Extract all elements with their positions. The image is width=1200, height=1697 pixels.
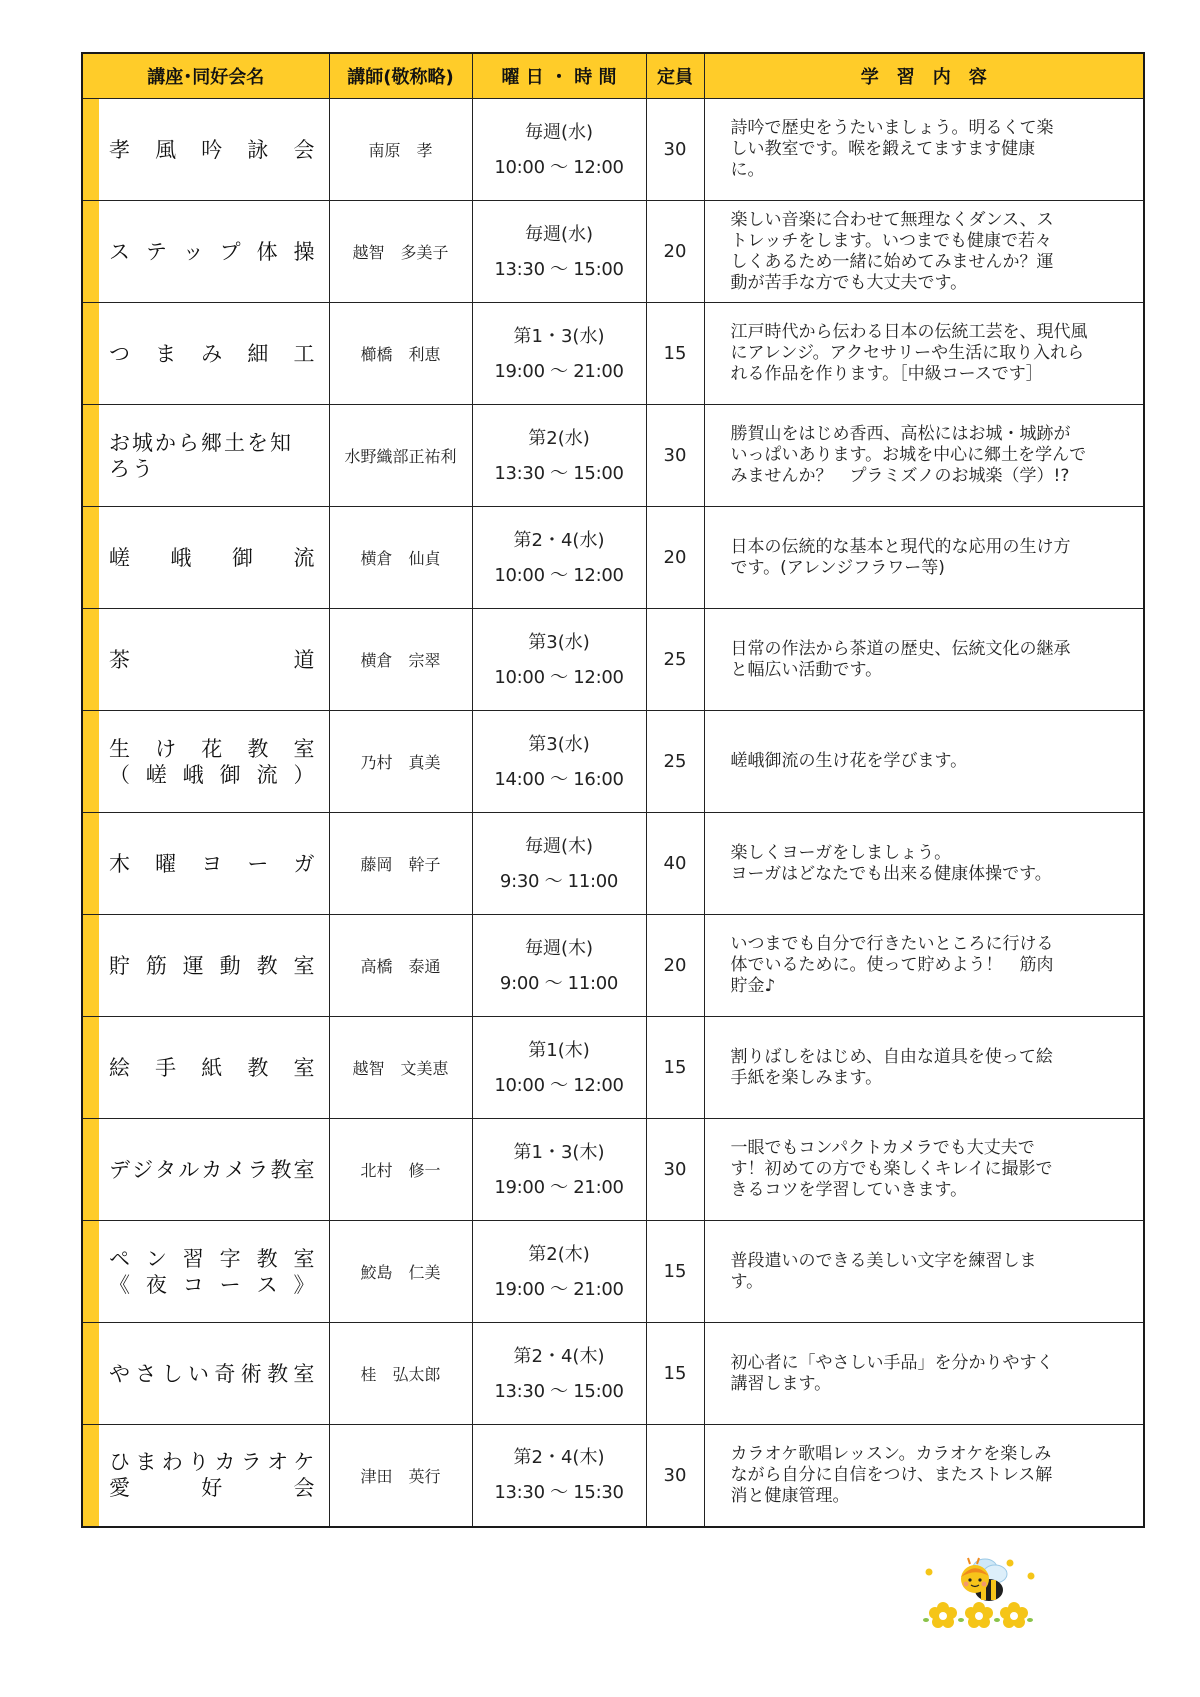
- course-name-char: 奇: [214, 1361, 235, 1387]
- table-row: 茶道横倉 宗翠第3(水)10:00 ～ 12:0025日常の作法から茶道の歴史、…: [82, 609, 1144, 711]
- row-accent-stripe: [83, 1119, 99, 1220]
- row-accent-stripe: [83, 405, 99, 506]
- schedule-cell: 第2(水)13:30 ～ 15:00: [472, 405, 646, 507]
- course-name-char: ）: [293, 762, 314, 788]
- schedule-days: 毎週(木): [473, 937, 646, 961]
- schedule-cell: 第1・3(木)19:00 ～ 21:00: [472, 1119, 646, 1221]
- course-name-cell: 絵手紙教室: [82, 1017, 329, 1119]
- schedule-days: 第3(水): [473, 733, 646, 757]
- content-cell: 楽しくヨーガをしましょう。 ヨーガはどなたでも出来る健康体操です。: [704, 813, 1144, 915]
- course-name-char: 吟: [201, 137, 222, 163]
- header-teacher: 講師(敬称略): [329, 53, 472, 99]
- schedule-days: 第2(水): [473, 427, 646, 451]
- row-accent-stripe: [83, 99, 99, 200]
- table-row: ひまわりカラオケ愛好会津田 英行第2・4(木)13:30 ～ 15:3030カラ…: [82, 1425, 1144, 1527]
- course-name-char: 室: [293, 1361, 314, 1387]
- teacher-cell: 北村 修一: [329, 1119, 472, 1221]
- course-name-char: 教: [270, 1157, 291, 1183]
- course-name-char: ペ: [109, 1246, 130, 1272]
- table-body: 孝風吟詠会南原 孝毎週(水)10:00 ～ 12:0030詩吟で歴史をうたいまし…: [82, 99, 1144, 1527]
- course-name-char: け: [155, 736, 176, 762]
- content-text: 初心者に「やさしい手品」を分かりやすく 講習します。: [731, 1353, 1124, 1395]
- course-name-char: 会: [294, 137, 315, 163]
- course-name-cell: やさしい奇術教室: [82, 1323, 329, 1425]
- content-text: いつまでも自分で行きたいところに行ける 体でいるために。使って貯めよう！ 筋肉 …: [731, 934, 1124, 997]
- course-name-char: 貯: [109, 953, 130, 979]
- course-name-line: 愛好会: [109, 1475, 315, 1501]
- course-name-char: ス: [109, 239, 130, 265]
- course-name-cell: デジタルカメラ教室: [82, 1119, 329, 1221]
- teacher-cell: 藤岡 幹子: [329, 813, 472, 915]
- course-name-char: ま: [155, 341, 176, 367]
- course-name-char: 絵: [109, 1055, 130, 1081]
- course-name-char: 操: [293, 239, 314, 265]
- table-row: 木曜ヨーガ藤岡 幹子毎週(木)9:30 ～ 11:0040楽しくヨーガをしましょ…: [82, 813, 1144, 915]
- content-text: 江戸時代から伝わる日本の伝統工芸を、現代風 にアレンジ。アクセサリーや生活に取り…: [731, 322, 1124, 385]
- course-name-char: つ: [109, 341, 130, 367]
- schedule-cell: 毎週(木)9:30 ～ 11:00: [472, 813, 646, 915]
- course-name-char: 御: [220, 762, 241, 788]
- course-name-char: テ: [146, 239, 167, 265]
- course-name-char: 教: [267, 1361, 288, 1387]
- row-accent-stripe: [83, 201, 99, 302]
- course-name-char: 細: [247, 341, 268, 367]
- course-name-line: 貯筋運動教室: [109, 953, 315, 979]
- course-name-char: 室: [294, 1055, 315, 1081]
- course-name-char: 字: [220, 1246, 241, 1272]
- content-cell: 初心者に「やさしい手品」を分かりやすく 講習します。: [704, 1323, 1144, 1425]
- capacity-cell: 30: [646, 1425, 704, 1527]
- course-name-char: み: [201, 341, 222, 367]
- schedule-days: 第2(木): [473, 1243, 646, 1267]
- course-name-char: 風: [155, 137, 176, 163]
- course-name-char: ケ: [293, 1449, 314, 1475]
- teacher-cell: 水野織部正祐利: [329, 405, 472, 507]
- table-row: ステップ体操越智 多美子毎週(水)13:30 ～ 15:0020楽しい音楽に合わ…: [82, 201, 1144, 303]
- content-text: 日本の伝統的な基本と現代的な応用の生け方 です。(アレンジフラワー等): [731, 537, 1124, 579]
- course-name-line: 生け花教室: [109, 736, 315, 762]
- schedule-days: 第2・4(木): [473, 1345, 646, 1369]
- schedule-time: 10:00 ～ 12:00: [473, 667, 646, 689]
- schedule-days: 毎週(水): [473, 223, 646, 247]
- course-name-char: 好: [201, 1475, 222, 1501]
- row-accent-stripe: [83, 1425, 99, 1526]
- content-cell: 割りばしをはじめ、自由な道具を使って絵 手紙を楽しみます。: [704, 1017, 1144, 1119]
- course-name-line: （嵯峨御流）: [109, 762, 315, 788]
- row-accent-stripe: [83, 1017, 99, 1118]
- schedule-time: 13:30 ～ 15:00: [473, 1381, 646, 1403]
- schedule-days: 毎週(水): [473, 121, 646, 145]
- content-cell: 嵯峨御流の生け花を学びます。: [704, 711, 1144, 813]
- course-name-char: 教: [257, 1246, 278, 1272]
- course-name-char: 室: [293, 1246, 314, 1272]
- table-row: 嵯峨御流横倉 仙貞第2・4(水)10:00 ～ 12:0020日本の伝統的な基本…: [82, 507, 1144, 609]
- header-course-name: 講座･同好会名: [82, 53, 329, 99]
- content-cell: 詩吟で歴史をうたいましょう。明るくて楽 しい教室です。喉を鍛えてますます健康 に…: [704, 99, 1144, 201]
- course-name-char: 手: [155, 1055, 176, 1081]
- course-name-char: 御: [232, 545, 253, 571]
- course-name-char: ヨ: [201, 851, 222, 877]
- schedule-cell: 第1・3(水)19:00 ～ 21:00: [472, 303, 646, 405]
- schedule-cell: 第2(木)19:00 ～ 21:00: [472, 1221, 646, 1323]
- table-row: つまみ細工櫛橋 利恵第1・3(水)19:00 ～ 21:0015江戸時代から伝わ…: [82, 303, 1144, 405]
- course-name-char: 工: [294, 341, 315, 367]
- schedule-time: 13:30 ～ 15:00: [473, 463, 646, 485]
- bee-with-flowers-icon: [915, 1550, 1035, 1632]
- content-text: 勝賀山をはじめ香西、高松にはお城・城跡が いっぱいあります。お城を中心に郷土を学…: [731, 424, 1124, 487]
- course-name-char: ル: [178, 1157, 199, 1183]
- course-name-cell: お城から郷土を知ろう: [82, 405, 329, 507]
- course-name-char: カ: [214, 1449, 235, 1475]
- schedule-time: 13:30 ～ 15:30: [473, 1482, 646, 1504]
- capacity-cell: 20: [646, 201, 704, 303]
- course-name-char: 運: [183, 953, 204, 979]
- schedule-time: 19:00 ～ 21:00: [473, 1279, 646, 1301]
- course-name-char: ガ: [294, 851, 315, 877]
- capacity-cell: 30: [646, 1119, 704, 1221]
- table-row: やさしい奇術教室桂 弘太郎第2・4(木)13:30 ～ 15:0015初心者に「…: [82, 1323, 1144, 1425]
- schedule-time: 10:00 ～ 12:00: [473, 1075, 646, 1097]
- teacher-cell: 桂 弘太郎: [329, 1323, 472, 1425]
- table-row: 孝風吟詠会南原 孝毎週(水)10:00 ～ 12:0030詩吟で歴史をうたいまし…: [82, 99, 1144, 201]
- course-name-cell: 茶道: [82, 609, 329, 711]
- content-cell: 日常の作法から茶道の歴史、伝統文化の継承 と幅広い活動です。: [704, 609, 1144, 711]
- course-name-char: 《: [109, 1272, 130, 1298]
- schedule-cell: 毎週(木)9:00 ～ 11:00: [472, 915, 646, 1017]
- schedule-days: 第1(木): [473, 1039, 646, 1063]
- course-name-line: 絵手紙教室: [109, 1055, 315, 1081]
- course-table: 講座･同好会名 講師(敬称略) 曜 日 ・ 時 間 定員 学 習 内 容 孝風吟…: [81, 52, 1145, 1528]
- row-accent-stripe: [83, 915, 99, 1016]
- course-name-char: タ: [155, 1157, 176, 1183]
- course-name-line: お城から郷土を知ろう: [109, 430, 315, 482]
- schedule-time: 19:00 ～ 21:00: [473, 1177, 646, 1199]
- content-cell: 一眼でもコンパクトカメラでも大丈夫で す！初めての方でも楽しくキレイに撮影で き…: [704, 1119, 1144, 1221]
- content-cell: 日本の伝統的な基本と現代的な応用の生け方 です。(アレンジフラワー等): [704, 507, 1144, 609]
- course-name-char: 室: [294, 736, 315, 762]
- teacher-cell: 乃村 真美: [329, 711, 472, 813]
- course-name-char: ラ: [247, 1157, 268, 1183]
- capacity-cell: 25: [646, 711, 704, 813]
- schedule-cell: 第2・4(水)10:00 ～ 12:00: [472, 507, 646, 609]
- course-name-char: 嵯: [109, 545, 130, 571]
- course-name-char: さ: [135, 1361, 156, 1387]
- course-name-cell: ペン習字教室《夜コース》: [82, 1221, 329, 1323]
- course-name-char: 教: [257, 953, 278, 979]
- course-name-char: 流: [294, 545, 315, 571]
- course-name-char: り: [188, 1449, 209, 1475]
- content-cell: 楽しい音楽に合わせて無理なくダンス、ス トレッチをします。いつまでも健康で若々 …: [704, 201, 1144, 303]
- course-name-char: 茶: [109, 647, 130, 673]
- course-name-char: 峨: [183, 762, 204, 788]
- course-name-char: 花: [201, 736, 222, 762]
- capacity-cell: 15: [646, 1017, 704, 1119]
- course-schedule-sheet: 講座･同好会名 講師(敬称略) 曜 日 ・ 時 間 定員 学 習 内 容 孝風吟…: [81, 52, 1143, 1528]
- course-name-char: 室: [294, 1157, 315, 1183]
- course-name-char: 詠: [247, 137, 268, 163]
- teacher-cell: 越智 多美子: [329, 201, 472, 303]
- course-name-char: ジ: [132, 1157, 153, 1183]
- teacher-cell: 横倉 宗翠: [329, 609, 472, 711]
- schedule-days: 毎週(木): [473, 835, 646, 859]
- row-accent-stripe: [83, 1221, 99, 1322]
- content-text: 楽しくヨーガをしましょう。 ヨーガはどなたでも出来る健康体操です。: [731, 843, 1124, 885]
- schedule-days: 第1・3(水): [473, 325, 646, 349]
- teacher-cell: 高橋 泰通: [329, 915, 472, 1017]
- course-name-char: お城から郷土を知ろう: [109, 430, 315, 482]
- course-name-cell: 木曜ヨーガ: [82, 813, 329, 915]
- course-name-char: や: [109, 1361, 130, 1387]
- course-name-cell: つまみ細工: [82, 303, 329, 405]
- course-name-char: 教: [247, 736, 268, 762]
- schedule-cell: 毎週(水)13:30 ～ 15:00: [472, 201, 646, 303]
- schedule-days: 第1・3(木): [473, 1141, 646, 1165]
- course-name-char: 動: [220, 953, 241, 979]
- course-name-char: 習: [183, 1246, 204, 1272]
- schedule-days: 第3(水): [473, 631, 646, 655]
- course-name-char: 筋: [146, 953, 167, 979]
- course-name-char: 木: [109, 851, 130, 877]
- schedule-time: 9:00 ～ 11:00: [473, 973, 646, 995]
- content-text: 日常の作法から茶道の歴史、伝統文化の継承 と幅広い活動です。: [731, 639, 1124, 681]
- row-accent-stripe: [83, 711, 99, 812]
- course-name-char: ま: [135, 1449, 156, 1475]
- table-row: お城から郷土を知ろう水野織部正祐利第2(水)13:30 ～ 15:0030勝賀山…: [82, 405, 1144, 507]
- course-name-char: 室: [293, 953, 314, 979]
- schedule-cell: 第2・4(木)13:30 ～ 15:30: [472, 1425, 646, 1527]
- row-accent-stripe: [83, 1323, 99, 1424]
- table-row: 貯筋運動教室高橋 泰通毎週(木)9:00 ～ 11:0020いつまでも自分で行き…: [82, 915, 1144, 1017]
- course-name-cell: 嵯峨御流: [82, 507, 329, 609]
- course-name-line: つまみ細工: [109, 341, 315, 367]
- course-name-line: 孝風吟詠会: [109, 137, 315, 163]
- schedule-cell: 第1(木)10:00 ～ 12:00: [472, 1017, 646, 1119]
- content-text: 嵯峨御流の生け花を学びます。: [731, 751, 1124, 772]
- schedule-days: 第2・4(水): [473, 529, 646, 553]
- content-cell: いつまでも自分で行きたいところに行ける 体でいるために。使って貯めよう！ 筋肉 …: [704, 915, 1144, 1017]
- teacher-cell: 越智 文美恵: [329, 1017, 472, 1119]
- content-text: 楽しい音楽に合わせて無理なくダンス、ス トレッチをします。いつまでも健康で若々 …: [731, 210, 1124, 294]
- course-name-char: 孝: [109, 137, 130, 163]
- course-name-line: ペン習字教室: [109, 1246, 315, 1272]
- course-name-char: 術: [241, 1361, 262, 1387]
- course-name-char: （: [109, 762, 130, 788]
- course-name-line: 《夜コース》: [109, 1272, 315, 1298]
- capacity-cell: 25: [646, 609, 704, 711]
- course-name-line: ひまわりカラオケ: [109, 1449, 315, 1475]
- teacher-cell: 南原 孝: [329, 99, 472, 201]
- teacher-cell: 櫛橋 利恵: [329, 303, 472, 405]
- teacher-cell: 津田 英行: [329, 1425, 472, 1527]
- course-name-cell: 貯筋運動教室: [82, 915, 329, 1017]
- schedule-cell: 毎週(水)10:00 ～ 12:00: [472, 99, 646, 201]
- capacity-cell: 30: [646, 99, 704, 201]
- course-name-char: 流: [257, 762, 278, 788]
- course-name-char: 教: [247, 1055, 268, 1081]
- schedule-time: 13:30 ～ 15:00: [473, 259, 646, 281]
- content-cell: カラオケ歌唱レッスン。カラオケを楽しみ ながら自分に自信をつけ、またストレス解 …: [704, 1425, 1144, 1527]
- course-name-char: ッ: [183, 239, 204, 265]
- content-cell: 普段遣いのできる美しい文字を練習しま す。: [704, 1221, 1144, 1323]
- row-accent-stripe: [83, 507, 99, 608]
- schedule-time: 9:30 ～ 11:00: [473, 871, 646, 893]
- table-row: ペン習字教室《夜コース》鮫島 仁美第2(木)19:00 ～ 21:0015普段遣…: [82, 1221, 1144, 1323]
- schedule-days: 第2・4(木): [473, 1446, 646, 1470]
- course-name-char: ン: [146, 1246, 167, 1272]
- content-text: 一眼でもコンパクトカメラでも大丈夫で す！初めての方でも楽しくキレイに撮影で き…: [731, 1138, 1124, 1201]
- schedule-cell: 第3(水)14:00 ～ 16:00: [472, 711, 646, 813]
- capacity-cell: 15: [646, 303, 704, 405]
- row-accent-stripe: [83, 609, 99, 710]
- header-schedule: 曜 日 ・ 時 間: [472, 53, 646, 99]
- course-name-char: 生: [109, 736, 130, 762]
- schedule-time: 19:00 ～ 21:00: [473, 361, 646, 383]
- course-name-line: 木曜ヨーガ: [109, 851, 315, 877]
- course-name-line: やさしい奇術教室: [109, 1361, 315, 1387]
- course-name-char: コ: [183, 1272, 204, 1298]
- schedule-cell: 第2・4(木)13:30 ～ 15:00: [472, 1323, 646, 1425]
- course-name-char: ス: [257, 1272, 278, 1298]
- course-name-char: ラ: [241, 1449, 262, 1475]
- teacher-cell: 鮫島 仁美: [329, 1221, 472, 1323]
- content-text: カラオケ歌唱レッスン。カラオケを楽しみ ながら自分に自信をつけ、またストレス解 …: [731, 1444, 1124, 1507]
- course-name-char: プ: [220, 239, 241, 265]
- table-row: 絵手紙教室越智 文美恵第1(木)10:00 ～ 12:0015割りばしをはじめ、…: [82, 1017, 1144, 1119]
- schedule-time: 14:00 ～ 16:00: [473, 769, 646, 791]
- content-text: 普段遣いのできる美しい文字を練習しま す。: [731, 1251, 1124, 1293]
- course-name-line: 嵯峨御流: [109, 545, 315, 571]
- course-name-cell: 孝風吟詠会: [82, 99, 329, 201]
- content-cell: 江戸時代から伝わる日本の伝統工芸を、現代風 にアレンジ。アクセサリーや生活に取り…: [704, 303, 1144, 405]
- schedule-time: 10:00 ～ 12:00: [473, 565, 646, 587]
- course-name-char: 夜: [146, 1272, 167, 1298]
- course-name-char: オ: [267, 1449, 288, 1475]
- course-name-char: わ: [162, 1449, 183, 1475]
- course-name-char: 愛: [109, 1475, 130, 1501]
- course-name-char: 曜: [155, 851, 176, 877]
- capacity-cell: 15: [646, 1323, 704, 1425]
- course-name-char: ひ: [109, 1449, 130, 1475]
- content-text: 割りばしをはじめ、自由な道具を使って絵 手紙を楽しみます。: [731, 1047, 1124, 1089]
- course-name-line: ステップ体操: [109, 239, 315, 265]
- course-name-cell: ステップ体操: [82, 201, 329, 303]
- header-capacity: 定員: [646, 53, 704, 99]
- capacity-cell: 40: [646, 813, 704, 915]
- content-text: 詩吟で歴史をうたいましょう。明るくて楽 しい教室です。喉を鍛えてますます健康 に…: [731, 118, 1124, 181]
- content-cell: 勝賀山をはじめ香西、高松にはお城・城跡が いっぱいあります。お城を中心に郷土を学…: [704, 405, 1144, 507]
- capacity-cell: 30: [646, 405, 704, 507]
- course-name-char: 紙: [201, 1055, 222, 1081]
- header-content: 学 習 内 容: [704, 53, 1144, 99]
- course-name-line: 茶道: [109, 647, 315, 673]
- table-row: 生け花教室（嵯峨御流）乃村 真美第3(水)14:00 ～ 16:0025嵯峨御流…: [82, 711, 1144, 813]
- course-name-char: 道: [294, 647, 315, 673]
- schedule-time: 10:00 ～ 12:00: [473, 157, 646, 179]
- capacity-cell: 15: [646, 1221, 704, 1323]
- capacity-cell: 20: [646, 915, 704, 1017]
- row-accent-stripe: [83, 813, 99, 914]
- course-name-char: い: [188, 1361, 209, 1387]
- course-name-char: カ: [201, 1157, 222, 1183]
- course-name-char: し: [162, 1361, 183, 1387]
- course-name-char: 》: [293, 1272, 314, 1298]
- course-name-char: 嵯: [146, 762, 167, 788]
- course-name-char: 峨: [171, 545, 192, 571]
- table-header-row: 講座･同好会名 講師(敬称略) 曜 日 ・ 時 間 定員 学 習 内 容: [82, 53, 1144, 99]
- course-name-char: ー: [247, 851, 268, 877]
- course-name-char: デ: [109, 1157, 130, 1183]
- course-name-cell: 生け花教室（嵯峨御流）: [82, 711, 329, 813]
- course-name-char: 会: [294, 1475, 315, 1501]
- course-name-char: ー: [220, 1272, 241, 1298]
- course-name-line: デジタルカメラ教室: [109, 1157, 315, 1183]
- course-name-char: メ: [224, 1157, 245, 1183]
- teacher-cell: 横倉 仙貞: [329, 507, 472, 609]
- table-row: デジタルカメラ教室北村 修一第1・3(木)19:00 ～ 21:0030一眼でも…: [82, 1119, 1144, 1221]
- capacity-cell: 20: [646, 507, 704, 609]
- course-name-char: 体: [257, 239, 278, 265]
- course-name-cell: ひまわりカラオケ愛好会: [82, 1425, 329, 1527]
- schedule-cell: 第3(水)10:00 ～ 12:00: [472, 609, 646, 711]
- row-accent-stripe: [83, 303, 99, 404]
